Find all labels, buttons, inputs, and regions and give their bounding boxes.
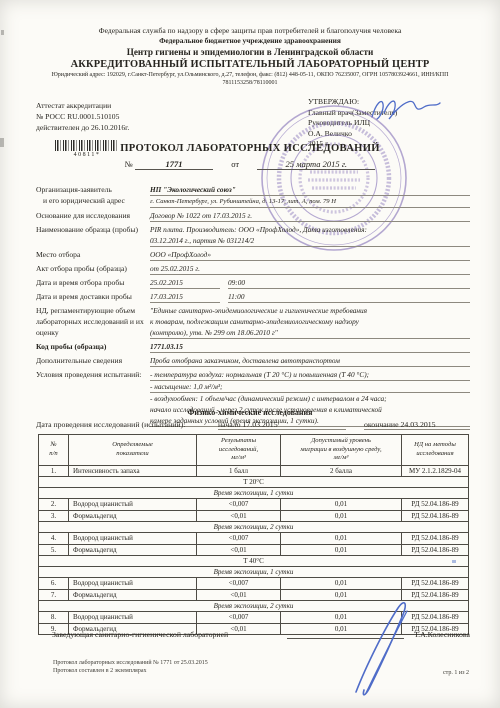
table-cell: 0,01 <box>281 612 402 623</box>
field-value: - температура воздуха: нормальная (Т 20 … <box>150 369 470 381</box>
table-cell: РД 52.04.186-89 <box>402 499 469 510</box>
table-cell: Интенсивность запаха <box>69 465 197 476</box>
table-cell: 7. <box>39 589 69 600</box>
table-row: Время экспозиции, 2 сутки <box>39 521 469 532</box>
table-cell: РД 52.04.186-89 <box>402 544 469 555</box>
field-sampling-datetime: Дата и время отбора пробы 25.02.2015 09:… <box>36 277 470 289</box>
field-regulatory-docs: НД, регламентирующие объем лабораторных … <box>36 305 470 339</box>
table-cell: 0,01 <box>281 533 402 544</box>
col-header-num: № п/п <box>39 435 69 466</box>
field-organization: Организация-заявитель и его юридический … <box>36 184 470 208</box>
field-value: (контролю), утв. № 299 от 18.06.2010 г" <box>150 327 470 339</box>
field-value: г. Санкт-Петербург, ул. Рубинштейна, д. … <box>150 196 470 208</box>
table-cell: <0,007 <box>197 533 281 544</box>
table-row: 1.Интенсивность запаха1 балл2 баллаМУ 2.… <box>39 465 469 476</box>
table-subsection-row: Время экспозиции, 1 сутки <box>39 567 469 578</box>
table-row: 7.Формальдегид<0,010,01РД 52.04.186-89 <box>39 589 469 600</box>
test-start-date: начало 17.03.2015 <box>218 420 346 430</box>
approver-title: Главный врач(Заместитель) <box>308 108 397 119</box>
signoff-name: Т.А.Колесникова <box>414 630 470 639</box>
table-row: Т 20°С <box>39 476 469 487</box>
field-label: Акт отбора пробы (образца) <box>36 263 150 275</box>
table-cell: 4. <box>39 533 69 544</box>
field-label: Дата и время отбора пробы <box>36 277 150 289</box>
table-row: Время экспозиции, 1 сутки <box>39 488 469 499</box>
table-cell: РД 52.04.186-89 <box>402 533 469 544</box>
table-cell: <0,01 <box>197 510 281 521</box>
table-cell: 3. <box>39 510 69 521</box>
field-value: к товарам, подлежащим санитарно-эпидемио… <box>150 316 470 327</box>
table-cell: 0,01 <box>281 589 402 600</box>
protocol-date: 25 марта 2015 г. <box>257 159 375 170</box>
accreditation-line: Аттестат аккредитации <box>36 100 129 111</box>
table-cell: Формальдегид <box>69 510 197 521</box>
scan-speck <box>0 138 4 147</box>
field-value: 1771.03.15 <box>150 341 470 353</box>
approver-role: Руководитель ИЛЦ <box>308 118 397 129</box>
protocol-document-page: Федеральная служба по надзору в сфере за… <box>0 0 500 708</box>
fields-block: Организация-заявитель и его юридический … <box>36 184 470 429</box>
signoff-row: Заведующая санитарно-гигиенической лабор… <box>52 630 470 639</box>
table-section-row: Т 20°С <box>39 476 469 487</box>
table-cell: 0,01 <box>281 510 402 521</box>
field-label: Дополнительные сведения <box>36 355 150 367</box>
table-cell: Формальдегид <box>69 544 197 555</box>
table-cell: РД 52.04.186-89 <box>402 612 469 623</box>
federal-service-line: Федеральная служба по надзору в сфере за… <box>0 26 500 36</box>
table-row: 6.Водород цианистый<0,0070,01РД 52.04.18… <box>39 578 469 589</box>
field-label: Код пробы (образца) <box>36 341 150 353</box>
test-dates-label: Дата проведения исследований (испытаний)… <box>36 420 218 430</box>
footer-line: Протокол составлен в 2 экземплярах <box>53 668 208 676</box>
field-value-date: 17.03.2015 <box>150 291 220 303</box>
signature-line <box>287 638 404 639</box>
scan-speck <box>452 560 456 563</box>
scan-speck <box>1 30 4 35</box>
lab-center-name: АККРЕДИТОВАННЫЙ ИСПЫТАТЕЛЬНЫЙ ЛАБОРАТОРН… <box>0 58 500 71</box>
table-cell: РД 52.04.186-89 <box>402 578 469 589</box>
table-row: 3.Формальдегид<0,010,01РД 52.04.186-89 <box>39 510 469 521</box>
field-delivery-datetime: Дата и время доставки пробы 17.03.2015 1… <box>36 291 470 303</box>
protocol-title: ПРОТОКОЛ ЛАБОРАТОРНЫХ ИССЛЕДОВАНИЙ <box>0 143 500 154</box>
table-cell: <0,01 <box>197 544 281 555</box>
table-cell: 0,01 <box>281 544 402 555</box>
col-header-result: Результаты исследований, мг/м³ <box>197 435 281 466</box>
field-value: от 25.02.2015 г. <box>150 263 470 275</box>
from-word: от <box>231 159 239 169</box>
field-sampling-place: Место отбора ООО «ПрофХолод» <box>36 249 470 261</box>
results-table-wrap: № п/п Определяемые показатели Результаты… <box>38 434 469 635</box>
table-cell: МУ 2.1.2.1829-04 <box>402 465 469 476</box>
table-header-row: № п/п Определяемые показатели Результаты… <box>39 435 469 466</box>
field-value: "Единые санитарно-эпидемиологические и г… <box>150 305 470 316</box>
table-cell: РД 52.04.186-89 <box>402 589 469 600</box>
field-extra-info: Дополнительные сведения Проба отобрана з… <box>36 355 470 367</box>
field-value: - воздухообмен: 1 объем/час (динамически… <box>150 393 470 404</box>
field-label: Условия проведения испытаний: <box>36 369 150 427</box>
table-cell: 1. <box>39 465 69 476</box>
table-cell: 6. <box>39 578 69 589</box>
document-header: Федеральная служба по надзору в сфере за… <box>0 26 500 87</box>
table-cell: РД 52.04.186-89 <box>402 510 469 521</box>
test-dates-row: Дата проведения исследований (испытаний)… <box>36 420 470 430</box>
field-label: лабораторных исследований и их <box>36 316 150 327</box>
table-cell: Формальдегид <box>69 589 197 600</box>
approve-word: УТВЕРЖДАЮ: <box>308 97 397 108</box>
approval-block: УТВЕРЖДАЮ: Главный врач(Заместитель) Рук… <box>308 97 397 150</box>
field-value-time: 11:00 <box>228 291 470 303</box>
field-sample-name: Наименование образца (пробы) PIR плита. … <box>36 224 470 247</box>
table-cell: 0,01 <box>281 578 402 589</box>
col-header-limit: Допустимый уровень миграции в воздушную … <box>281 435 402 466</box>
table-section-row: Т 40°С <box>39 555 469 566</box>
field-sampling-act: Акт отбора пробы (образца) от 25.02.2015… <box>36 263 470 275</box>
table-cell: 5. <box>39 544 69 555</box>
protocol-number: 1771 <box>135 159 213 170</box>
table-cell: Водород цианистый <box>69 612 197 623</box>
field-value: 03.12.2014 г., партия № 031214/2 <box>150 235 470 247</box>
field-value-time: 09:00 <box>228 277 470 289</box>
table-row: 2.Водород цианистый<0,0070,01РД 52.04.18… <box>39 499 469 510</box>
legal-address: Юридический адрес: 192029, г.Санкт-Петер… <box>38 72 462 87</box>
field-sample-code: Код пробы (образца) 1771.03.15 <box>36 341 470 353</box>
table-cell: 8. <box>39 612 69 623</box>
table-cell: <0,01 <box>197 589 281 600</box>
table-cell: <0,007 <box>197 612 281 623</box>
field-label: и его юридический адрес <box>36 195 150 206</box>
field-basis: Основание для исследования Договор № 102… <box>36 210 470 222</box>
footer-block: Протокол лабораторных исследований № 177… <box>53 660 208 675</box>
page-number: стр. 1 из 2 <box>443 670 469 676</box>
table-cell: Водород цианистый <box>69 533 197 544</box>
table-cell: Водород цианистый <box>69 578 197 589</box>
number-sign: № <box>125 159 133 169</box>
protocol-number-line: № 1771 от 25 марта 2015 г. <box>0 159 500 170</box>
field-value: - насыщение: 1,0 м²/м³; <box>150 381 470 393</box>
field-label: Наименование образца (пробы) <box>36 224 150 247</box>
center-name: Центр гигиены и эпидемиологии в Ленингра… <box>0 46 500 58</box>
field-test-conditions: Условия проведения испытаний: - температ… <box>36 369 470 427</box>
field-label: Организация-заявитель <box>36 184 150 195</box>
table-row: 5.Формальдегид<0,010,01РД 52.04.186-89 <box>39 544 469 555</box>
table-row: Т 40°С <box>39 555 469 566</box>
table-cell: 2. <box>39 499 69 510</box>
accreditation-number: № РОСС RU.0001.510105 <box>36 111 129 122</box>
table-cell: <0,007 <box>197 499 281 510</box>
table-cell: 1 балл <box>197 465 281 476</box>
table-row: Время экспозиции, 1 сутки <box>39 567 469 578</box>
field-label: Дата и время доставки пробы <box>36 291 150 303</box>
accreditation-block: Аттестат аккредитации № РОСС RU.0001.510… <box>36 100 129 133</box>
table-row: Время экспозиции, 2 сутки <box>39 601 469 612</box>
table-cell: <0,007 <box>197 578 281 589</box>
section-title: Физико-химические исследования <box>0 408 500 417</box>
field-label: НД, регламентирующие объем <box>36 305 150 316</box>
field-value: Проба отобрана заказчиком, доставлена ав… <box>150 355 470 367</box>
field-value: Договор № 1022 от 17.03.2015 г. <box>150 210 470 222</box>
table-subsection-row: Время экспозиции, 2 сутки <box>39 601 469 612</box>
table-cell: 2 балла <box>281 465 402 476</box>
field-value: PIR плита. Производитель: ООО «ПрофХолод… <box>150 224 470 235</box>
table-row: 8.Водород цианистый<0,0070,01РД 52.04.18… <box>39 612 469 623</box>
results-table: № п/п Определяемые показатели Результаты… <box>38 434 469 635</box>
table-row: 4.Водород цианистый<0,0070,01РД 52.04.18… <box>39 533 469 544</box>
col-header-method: НД на методы исследования <box>402 435 469 466</box>
field-value: ООО «ПрофХолод» <box>150 249 470 261</box>
table-subsection-row: Время экспозиции, 2 сутки <box>39 521 469 532</box>
table-subsection-row: Время экспозиции, 1 сутки <box>39 488 469 499</box>
field-label: оценку <box>36 327 150 338</box>
results-table-body: 1.Интенсивность запаха1 балл2 баллаМУ 2.… <box>39 465 469 634</box>
table-cell: 0,01 <box>281 499 402 510</box>
accreditation-validity: действителен до 26.10.2016г. <box>36 122 129 133</box>
approver-name: О.А. Величко <box>308 129 352 140</box>
field-label: Основание для исследования <box>36 210 150 222</box>
institution-line: Федеральное бюджетное учреждение здравоо… <box>0 36 500 46</box>
field-label: Место отбора <box>36 249 150 261</box>
field-value: НП "Экологический союз" <box>150 184 470 196</box>
signoff-label: Заведующая санитарно-гигиенической лабор… <box>52 630 287 639</box>
footer-line: Протокол лабораторных исследований № 177… <box>53 660 208 668</box>
field-value-date: 25.02.2015 <box>150 277 220 289</box>
test-end-date: окончание 24.03.2015 <box>364 420 470 430</box>
col-header-parameter: Определяемые показатели <box>69 435 197 466</box>
table-cell: Водород цианистый <box>69 499 197 510</box>
